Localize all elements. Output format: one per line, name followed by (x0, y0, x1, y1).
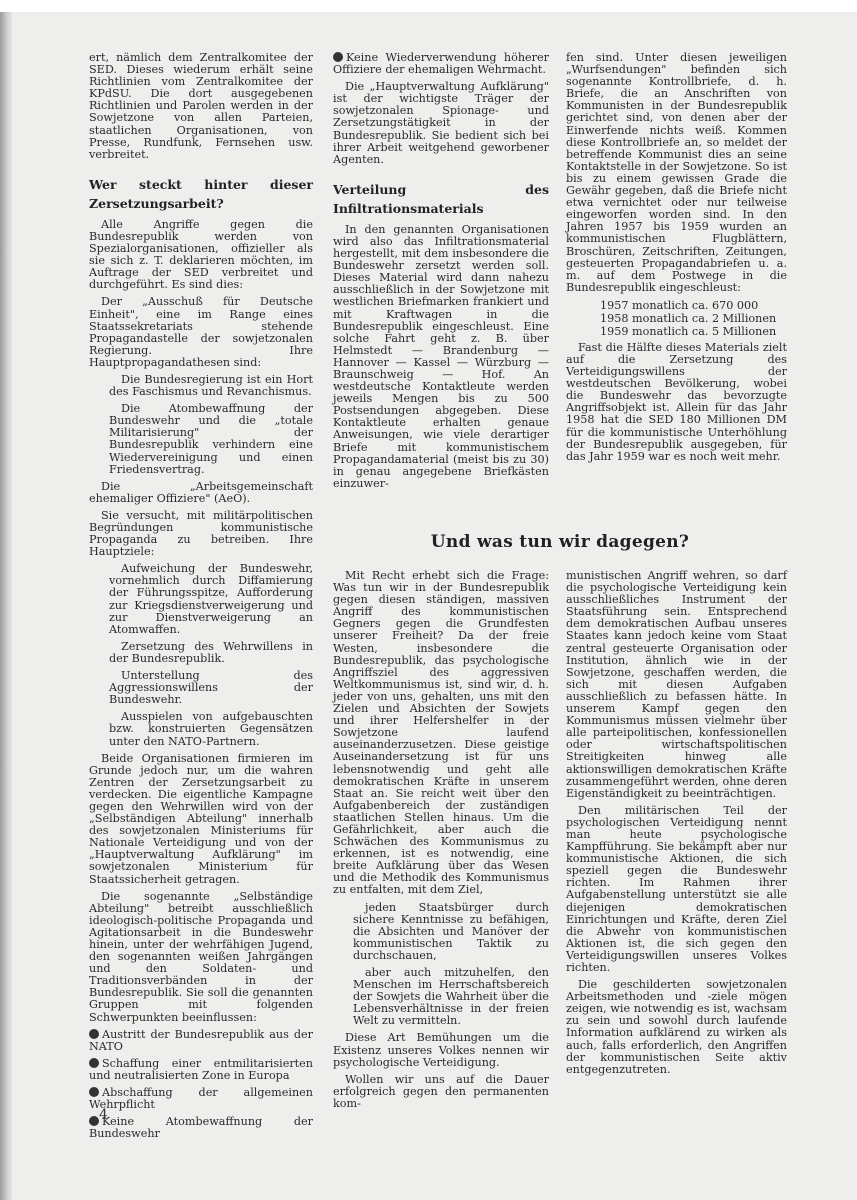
distribution-stats: 1957 monatlich ca. 670 000 1958 monatlic… (600, 299, 787, 338)
goal-item: Zersetzung des Wehrwillens in der Bundes… (109, 641, 313, 665)
stat-line: 1959 monatlich ca. 5 Millionen (600, 325, 787, 338)
bullet-item: Schaffung einer entmilitarisierten und n… (89, 1058, 313, 1082)
bullet-dot-icon (89, 1058, 99, 1068)
bullet-dot-icon (89, 1029, 99, 1039)
bullet-dot-icon (333, 52, 343, 62)
goal-item: Aufweichung der Bundeswehr, vornehmlich … (109, 563, 313, 636)
column-1: ert, nämlich dem Zentralkomitee der SED.… (89, 52, 313, 1145)
column-2: Keine Wiederverwendung höherer Offiziere… (333, 52, 549, 495)
thesis-item: Die Atombewaffnung der Bundeswehr und di… (109, 403, 313, 476)
paragraph: Beide Organisationen firmieren im Grunde… (89, 753, 313, 886)
section-heading-wer-steckt: Wer steckt hinter dieser Zersetzungsarbe… (89, 175, 313, 213)
paragraph: Wollen wir uns auf die Dauer erfolgreich… (333, 1074, 549, 1110)
section-headline: Und was tun wir dagegen? (333, 532, 787, 552)
bullet-dot-icon (89, 1087, 99, 1097)
goal-item: Unterstellung des Aggressionswillens der… (109, 670, 313, 706)
aim-item: jeden Staatsbürger durch sichere Kenntni… (353, 902, 549, 962)
paragraph: Fast die Hälfte dieses Materials zielt a… (566, 342, 787, 463)
paragraph: Alle Angriffe gegen die Bundesrepublik w… (89, 219, 313, 292)
page-number: 4 (99, 1107, 108, 1123)
goal-item: Ausspielen von aufgebauschten bzw. konst… (109, 711, 313, 747)
paragraph: Die „Arbeitsgemeinschaft ehemaliger Offi… (89, 481, 313, 505)
aim-item: aber auch mitzuhelfen, den Menschen im H… (353, 967, 549, 1027)
paragraph: Den militärischen Teil der psychologisch… (566, 805, 787, 974)
paragraph: In den genannten Organisationen wird als… (333, 224, 549, 490)
intro-paragraph: ert, nämlich dem Zentralkomitee der SED.… (89, 52, 313, 161)
bullet-item: Keine Atombewaffnung der Bundeswehr (89, 1116, 313, 1140)
paragraph: Mit Recht erhebt sich die Frage: Was tun… (333, 570, 549, 897)
stat-line: 1957 monatlich ca. 670 000 (600, 299, 787, 312)
paragraph: Sie versucht, mit militärpolitischen Beg… (89, 510, 313, 558)
section2-left-column: Mit Recht erhebt sich die Frage: Was tun… (333, 570, 549, 1115)
bullet-item: Keine Wiederverwendung höherer Offiziere… (333, 52, 549, 76)
paragraph: Der „Ausschuß für Deutsche Einheit", ein… (89, 296, 313, 369)
paragraph: munistischen Angriff wehren, so darf die… (566, 570, 787, 800)
thesis-item: Die Bundesregierung ist ein Hort des Fas… (109, 374, 313, 398)
paragraph: fen sind. Unter diesen jeweiligen „Wurfs… (566, 52, 787, 294)
paragraph: Diese Art Bemühungen um die Existenz uns… (333, 1032, 549, 1068)
bullet-dot-icon (89, 1116, 99, 1126)
stat-line: 1958 monatlich ca. 2 Millionen (600, 312, 787, 325)
bullet-item: Abschaffung der allgemeinen Wehrpflicht (89, 1087, 313, 1111)
paragraph: Die geschilderten sowjetzonalen Arbeitsm… (566, 979, 787, 1076)
paragraph: Die sogenannte „Selbständige Abteilung" … (89, 891, 313, 1024)
column-3: fen sind. Unter diesen jeweiligen „Wurfs… (566, 52, 787, 468)
section-heading-verteilung: Verteilung des Infiltrationsmaterials (333, 180, 549, 218)
bullet-item: Austritt der Bundesrepublik aus der NATO (89, 1029, 313, 1053)
section2-right-column: munistischen Angriff wehren, so darf die… (566, 570, 787, 1081)
paragraph: Die „Hauptverwaltung Aufklärung" ist der… (333, 81, 549, 166)
